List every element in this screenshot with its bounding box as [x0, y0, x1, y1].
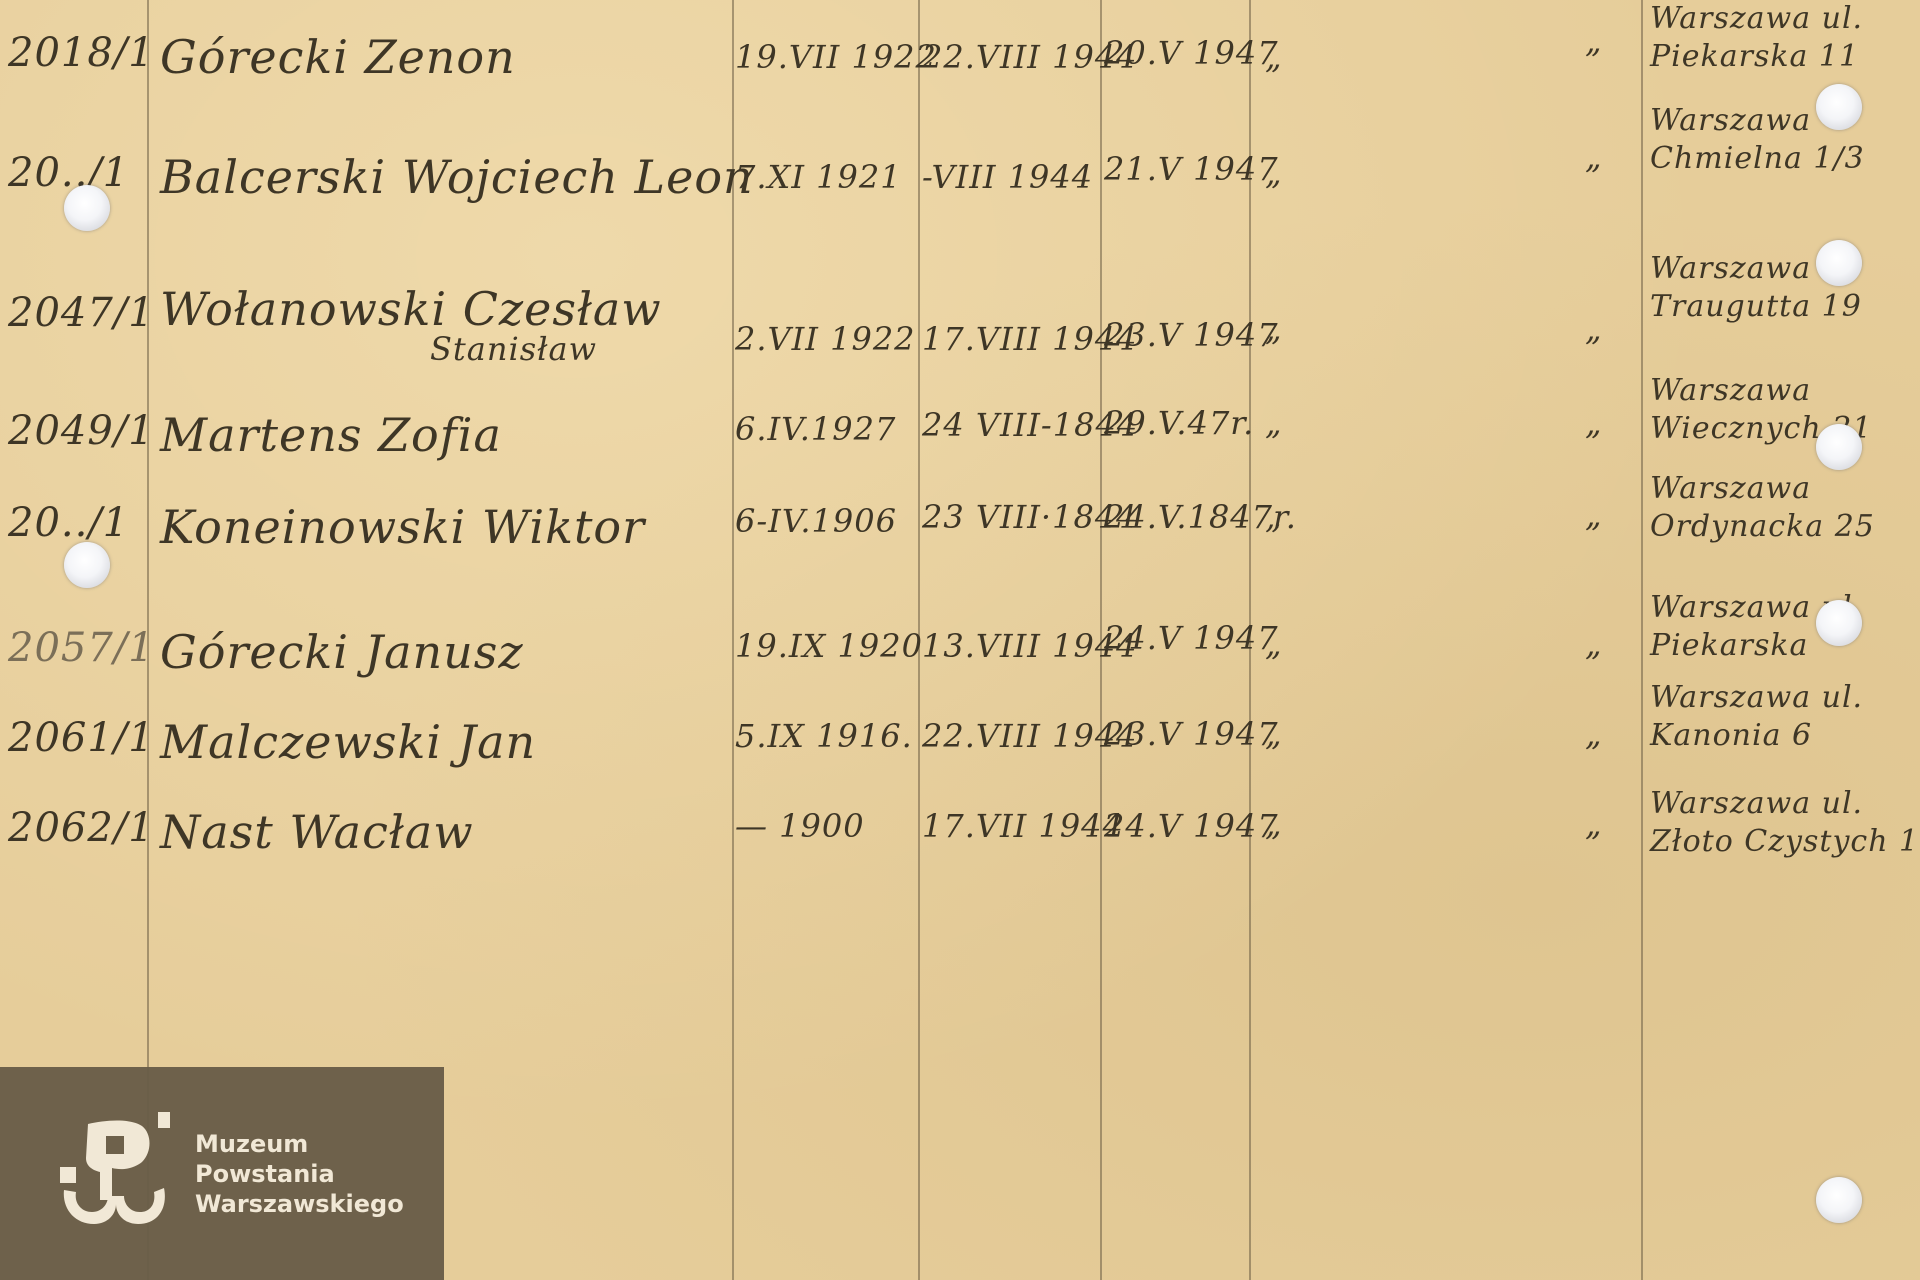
address: Warszawa ul. Piekarska — [1650, 589, 1920, 665]
address: Warszawa Wiecznych 21 — [1650, 372, 1920, 448]
ditto-mark: „ — [1265, 625, 1305, 663]
birth-date: 5.IX 1916. — [735, 717, 915, 755]
ditto-mark: „ — [1265, 715, 1305, 753]
ditto-mark: „ — [1585, 625, 1625, 663]
record-date: 29.V.47r. — [1104, 404, 1246, 442]
ditto-mark: „ — [1265, 498, 1305, 536]
ditto-mark: „ — [1265, 310, 1305, 348]
entry-number: 2057/1 — [8, 625, 143, 671]
entry-name-sub: Stanisław — [430, 330, 725, 368]
birth-date: 19.IX 1920 — [735, 627, 915, 665]
museum-name-line3: Warszawskiego — [195, 1189, 404, 1219]
address: Warszawa ul. Złoto Czystych 1 — [1650, 785, 1920, 861]
punch-hole — [64, 185, 110, 231]
entry-name: Balcerski Wojciech Leon — [160, 150, 725, 204]
record-date: 21.V 1947 — [1104, 150, 1246, 188]
museum-name-line1: Muzeum — [195, 1129, 404, 1159]
entry-number: 2018/1 — [8, 30, 143, 76]
birth-date: 7.XI 1921 — [735, 158, 915, 196]
entry-number: 20../1 — [8, 500, 143, 546]
entry-name: Koneinowski Wiktor — [160, 500, 725, 554]
record-date: 23.V 1947 — [1104, 715, 1246, 753]
ditto-mark: „ — [1585, 496, 1625, 534]
birth-date: 2.VII 1922 — [735, 320, 915, 358]
entry-name: Martens Zofia — [160, 408, 725, 462]
register-entry: 20../1 Koneinowski Wiktor 6-IV.1906 23 V… — [0, 500, 1920, 590]
entry-name-main: Wołanowski Czesław — [160, 282, 662, 336]
birth-date: 6-IV.1906 — [735, 502, 915, 540]
register-entry: 2062/1 Nast Wacław — 1900 17.VII 1944 24… — [0, 805, 1920, 895]
death-date: 17.VII 1944 — [922, 807, 1097, 845]
death-date: 24 VIII-1844 — [922, 406, 1097, 444]
birth-date: — 1900 — [735, 807, 915, 845]
record-date: 20.V 1947 — [1104, 34, 1246, 72]
death-date: 13.VIII 1944 — [922, 627, 1097, 665]
record-date: 23.V 1947 — [1104, 316, 1246, 354]
ditto-mark: „ — [1265, 38, 1305, 76]
birth-date: 19.VII 1922 — [735, 38, 915, 76]
death-date: 17.VIII 1944 — [922, 320, 1097, 358]
address: Warszawa ul. Piekarska 11 — [1650, 0, 1920, 76]
ditto-mark: „ — [1265, 404, 1305, 442]
ditto-mark: „ — [1585, 22, 1625, 60]
ditto-mark: „ — [1585, 404, 1625, 442]
register-entry: Wołanowski Czesław Stanisław 2047/1 2.VI… — [0, 290, 1920, 380]
death-date: 22.VIII 1944 — [922, 717, 1097, 755]
register-entry: 2018/1 Górecki Zenon 19.VII 1922 22.VIII… — [0, 30, 1920, 120]
register-entry: 2061/1 Malczewski Jan 5.IX 1916. 22.VIII… — [0, 715, 1920, 805]
punch-hole — [64, 542, 110, 588]
ditto-mark: „ — [1265, 154, 1305, 192]
punch-hole — [1816, 424, 1862, 470]
museum-name: Muzeum Powstania Warszawskiego — [195, 1129, 404, 1219]
entry-name: Górecki Zenon — [160, 30, 725, 84]
kotwica-anchor-icon — [60, 1112, 170, 1232]
ditto-mark: „ — [1585, 310, 1625, 348]
ditto-mark: „ — [1265, 805, 1305, 843]
punch-hole — [1816, 84, 1862, 130]
address: Warszawa Traugutta 19 — [1650, 250, 1920, 326]
death-date: 23 VIII·1844 — [922, 498, 1097, 536]
ditto-mark: „ — [1585, 805, 1625, 843]
death-date: 22.VIII 1944 — [922, 38, 1097, 76]
address: Warszawa Chmielna 1/3 — [1650, 102, 1920, 178]
museum-name-line2: Powstania — [195, 1159, 404, 1189]
entry-name: Górecki Janusz — [160, 625, 725, 679]
record-date: 24.V.1847r. — [1104, 498, 1246, 536]
address: Warszawa ul. Kanonia 6 — [1650, 679, 1920, 755]
punch-hole — [1816, 1177, 1862, 1223]
museum-watermark: Muzeum Powstania Warszawskiego — [0, 1067, 444, 1280]
entry-name: Wołanowski Czesław Stanisław — [160, 282, 725, 368]
punch-hole — [1816, 240, 1862, 286]
ditto-mark: „ — [1585, 715, 1625, 753]
death-date: -VIII 1944 — [922, 158, 1097, 196]
register-page: 2018/1 Górecki Zenon 19.VII 1922 22.VIII… — [0, 0, 1920, 1280]
record-date: 24.V 1947 — [1104, 807, 1246, 845]
entry-number: 2049/1 — [8, 408, 143, 454]
ditto-mark: „ — [1585, 138, 1625, 176]
punch-hole — [1816, 600, 1862, 646]
birth-date: 6.IV.1927 — [735, 410, 915, 448]
entry-number: 2047/1 — [8, 290, 143, 336]
entry-number: 2061/1 — [8, 715, 143, 761]
address: Warszawa Ordynacka 25 — [1650, 470, 1920, 546]
entry-name: Malczewski Jan — [160, 715, 725, 769]
entry-name: Nast Wacław — [160, 805, 725, 859]
record-date: 24.V 1947 — [1104, 619, 1246, 657]
register-entry: 20../1 Balcerski Wojciech Leon 7.XI 1921… — [0, 150, 1920, 240]
entry-number: 2062/1 — [8, 805, 143, 851]
register-entry: 2049/1 Martens Zofia 6.IV.1927 24 VIII-1… — [0, 408, 1920, 498]
register-entry: 2057/1 Górecki Janusz 19.IX 1920 13.VIII… — [0, 625, 1920, 715]
